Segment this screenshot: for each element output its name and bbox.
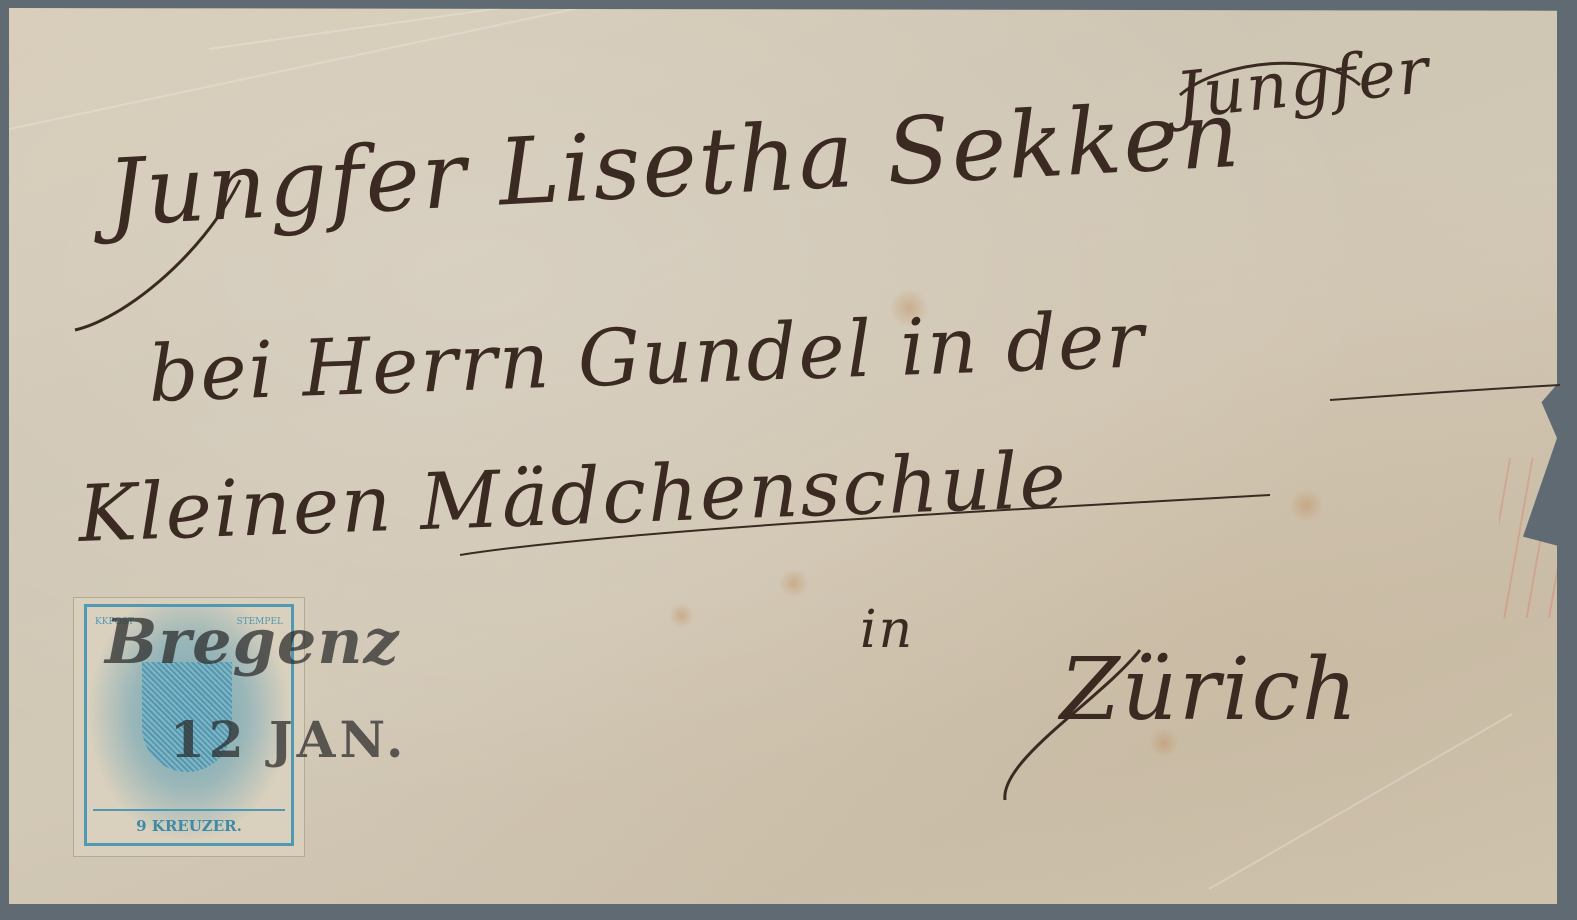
stamp-value-label: 9 KREUZER. — [93, 809, 285, 835]
postmark-town: Bregenz — [105, 605, 400, 678]
paper-crease — [9, 0, 694, 130]
paper-crease — [209, 0, 704, 50]
postmark-date: 12 JAN. — [170, 710, 407, 769]
foxing-spot — [779, 568, 809, 598]
foxing-spot — [1289, 488, 1324, 523]
address-line-city: Zürich — [1060, 640, 1359, 740]
address-line-preposition: in — [860, 600, 914, 660]
red-ink-marks — [1499, 458, 1559, 618]
foxing-spot — [669, 603, 694, 628]
